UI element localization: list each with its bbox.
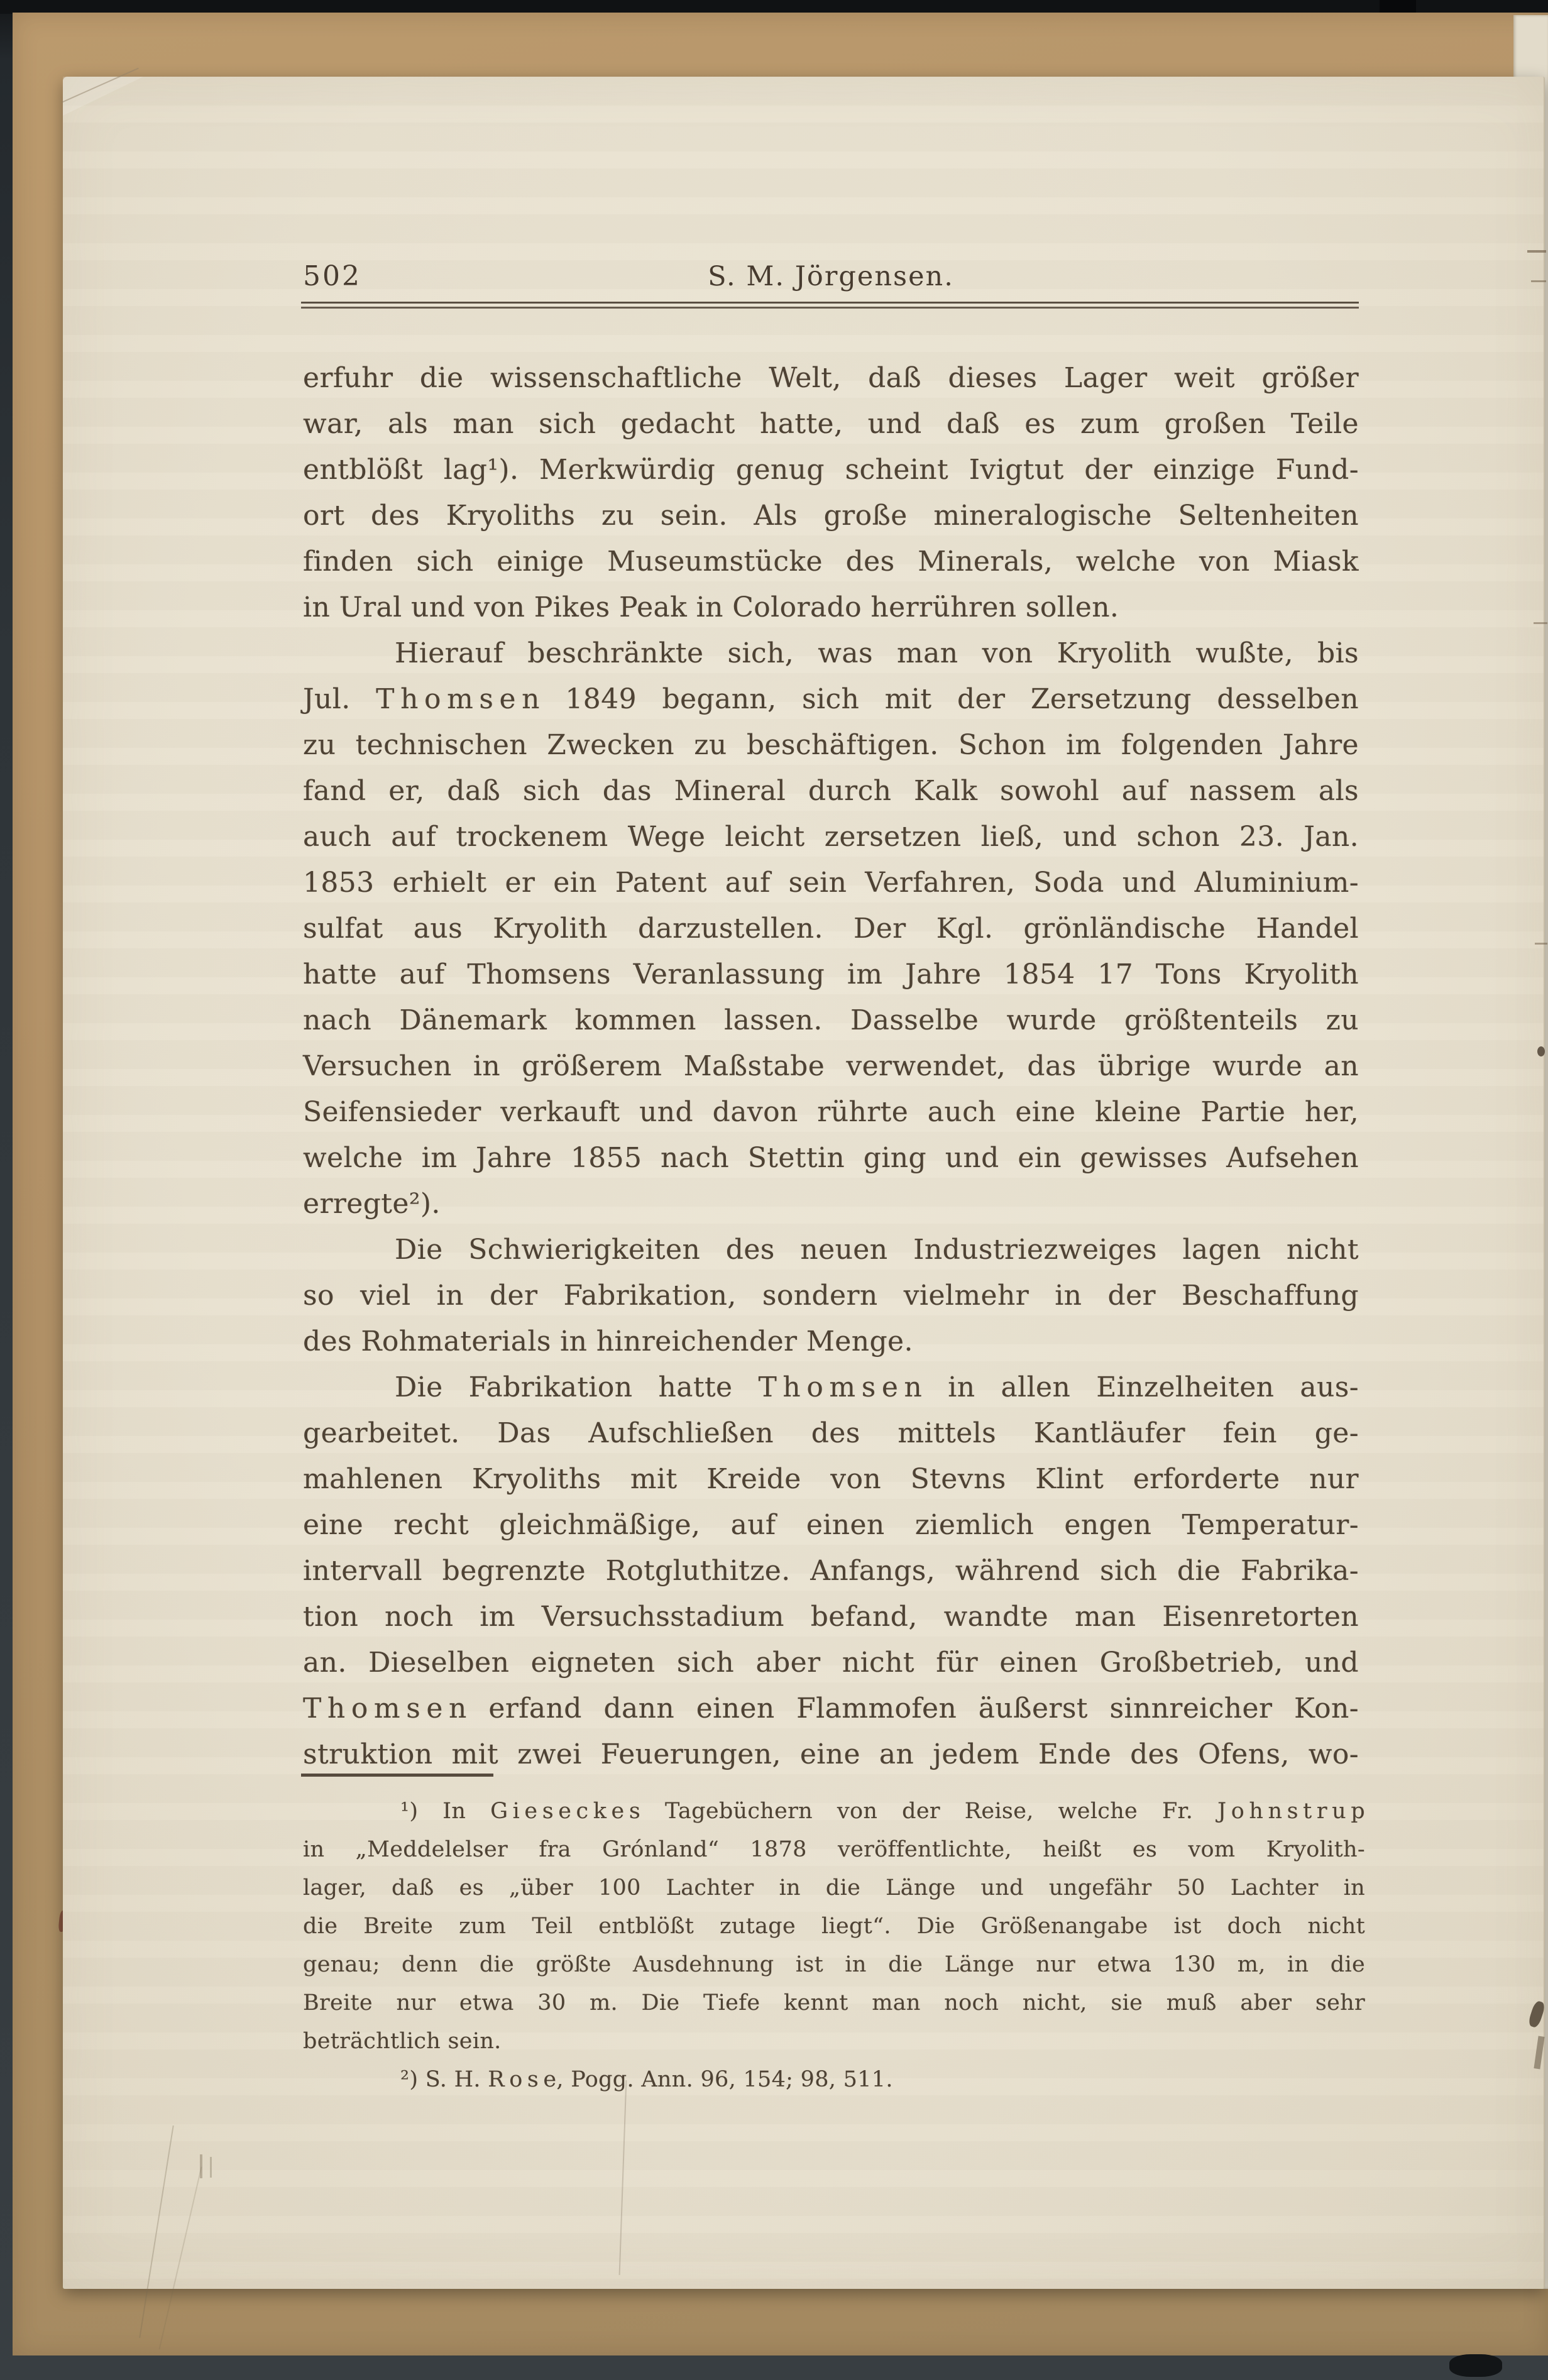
body-line: sulfat aus Kryolith darzustellen. Der Kg… — [303, 906, 1359, 951]
footnote-line: Breite nur etwa 30 m. Die Tiefe kennt ma… — [303, 1984, 1365, 2022]
body-line: war, als man sich gedacht hatte, und daß… — [303, 401, 1359, 447]
body-line: erregte²). — [303, 1181, 1359, 1227]
body-line: Versuchen in größerem Maßstabe verwendet… — [303, 1043, 1359, 1089]
scanner-bed-top-strip — [0, 0, 1548, 14]
header-rule-top — [301, 302, 1359, 304]
body-line: so viel in der Fabrikation, sondern viel… — [303, 1273, 1359, 1319]
footnote-line: die Breite zum Teil entblößt zutage lieg… — [303, 1907, 1365, 1946]
footnote-line: ¹) In G i e s e c k e s Tagebüchern von … — [303, 1792, 1365, 1831]
body-line: eine recht gleichmäßige, auf einen zieml… — [303, 1502, 1359, 1548]
body-line: Die Schwierigkeiten des neuen Industriez… — [303, 1227, 1359, 1273]
ink-spot-artifact — [1537, 1046, 1545, 1056]
body-line: auch auf trockenem Wege leicht zersetzen… — [303, 814, 1359, 860]
body-line: intervall begrenzte Rotgluthitze. Anfang… — [303, 1548, 1359, 1594]
body-line: gearbeitet. Das Aufschließen des mittels… — [303, 1410, 1359, 1456]
body-line: 1853 erhielt er ein Patent auf sein Verf… — [303, 860, 1359, 906]
body-line: nach Dänemark kommen lassen. Dasselbe wu… — [303, 997, 1359, 1043]
body-text: erfuhr die wissenschaftliche Welt, daß d… — [303, 355, 1359, 1777]
footnote-line: beträchtlich sein. — [303, 2022, 1365, 2061]
body-line: finden sich einige Museumstücke des Mine… — [303, 539, 1359, 584]
footnote-separator-rule — [301, 1774, 493, 1777]
body-line: hatte auf Thomsens Veranlassung im Jahre… — [303, 951, 1359, 997]
body-line: Jul. T h o m s e n 1849 begann, sich mit… — [303, 676, 1359, 722]
page-edge-tick — [1531, 280, 1546, 282]
body-line: Die Fabrikation hatte T h o m s e n in a… — [303, 1364, 1359, 1410]
footnotes: ¹) In G i e s e c k e s Tagebüchern von … — [303, 1792, 1365, 2099]
body-line: entblößt lag¹). Merkwürdig genug scheint… — [303, 447, 1359, 493]
body-line: zu technischen Zwecken zu beschäftigen. … — [303, 722, 1359, 768]
body-line: welche im Jahre 1855 nach Stettin ging u… — [303, 1135, 1359, 1181]
running-head: S. M. Jörgensen. — [303, 258, 1359, 295]
body-line: tion noch im Versuchsstadium befand, wan… — [303, 1594, 1359, 1640]
body-line: T h o m s e n erfand dann einen Flammofe… — [303, 1686, 1359, 1731]
header-rule-bottom — [301, 307, 1359, 309]
body-line: struktion mit zwei Feuerungen, eine an j… — [303, 1731, 1359, 1777]
body-line: fand er, daß sich das Mineral durch Kalk… — [303, 768, 1359, 814]
book-page: 502 S. M. Jörgensen. erfuhr die wissensc… — [63, 77, 1545, 2289]
scanned-book-page: { "scan": { "page_number": "502", "runni… — [0, 0, 1548, 2380]
page-edge-tick — [1527, 250, 1546, 253]
body-line: des Rohmaterials in hinreichender Menge. — [303, 1319, 1359, 1364]
pencil-mark-artifact — [210, 2157, 212, 2178]
body-line: Hierauf beschränkte sich, was man von Kr… — [303, 630, 1359, 676]
body-line: an. Dieselben eigneten sich aber nicht f… — [303, 1640, 1359, 1686]
body-line: mahlenen Kryoliths mit Kreide von Stevns… — [303, 1456, 1359, 1502]
edge-tear-artifact — [1534, 2036, 1544, 2070]
footnote-line: ²) S. H. R o s e, Pogg. Ann. 96, 154; 98… — [303, 2061, 1365, 2099]
crease-artifact — [619, 2080, 627, 2275]
scanner-bed-notch — [1380, 0, 1416, 13]
body-line: in Ural und von Pikes Peak in Colorado h… — [303, 584, 1359, 630]
body-line: Seifensieder verkauft und davon rührte a… — [303, 1089, 1359, 1135]
pencil-mark-artifact — [200, 2154, 202, 2178]
page-header: 502 S. M. Jörgensen. — [303, 258, 1359, 295]
edge-tear-artifact — [1527, 2000, 1546, 2029]
footnote-line: in „Meddelelser fra Grónland“ 1878 veröf… — [303, 1831, 1365, 1869]
footnote-line: lager, daß es „über 100 Lachter in die L… — [303, 1869, 1365, 1907]
body-line: erfuhr die wissenschaftliche Welt, daß d… — [303, 355, 1359, 401]
footnote-line: genau; denn die größte Ausdehnung ist in… — [303, 1946, 1365, 1984]
scanner-bed-blob — [1449, 2354, 1502, 2377]
body-line: ort des Kryoliths zu sein. Als große min… — [303, 493, 1359, 539]
